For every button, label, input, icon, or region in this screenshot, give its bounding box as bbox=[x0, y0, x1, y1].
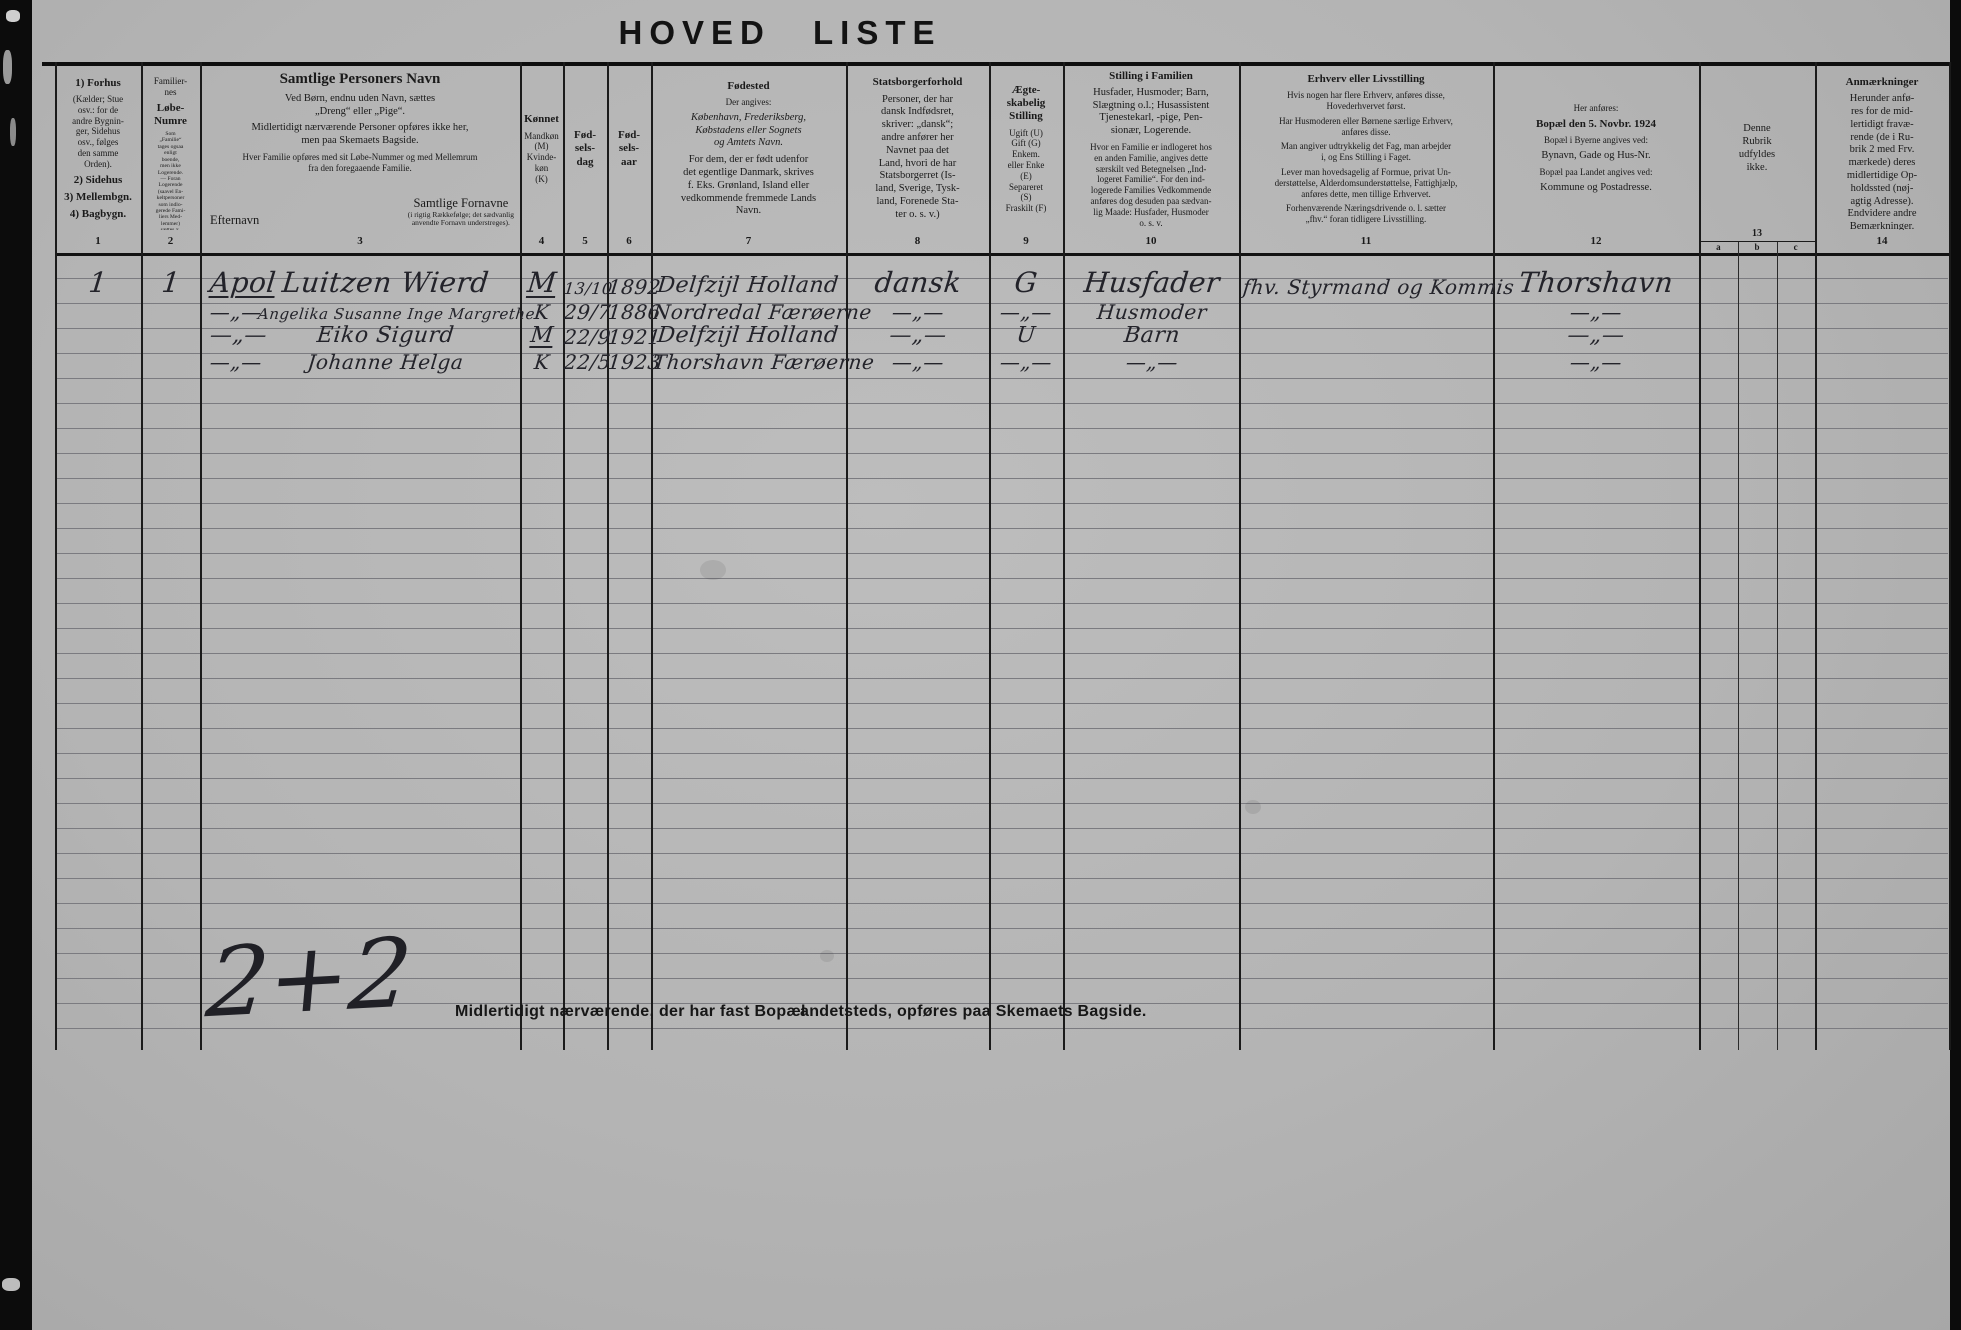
header-text: Husfader, Husmoder; Barn, Slægtning o.l.… bbox=[1093, 87, 1210, 138]
handwritten-kon: M bbox=[520, 325, 564, 347]
row-rule bbox=[56, 503, 1948, 504]
scan-edge-left bbox=[0, 0, 32, 1330]
fornavne-note: (i rigtig Rækkefølge; det sædvanlig anve… bbox=[408, 211, 514, 228]
handwritten-aegt: U bbox=[990, 325, 1062, 347]
column-number-1: 1 bbox=[55, 231, 141, 251]
handwritten-fodested: Thorshavn Færøerne bbox=[652, 352, 844, 372]
handwritten-stats: dansk bbox=[847, 269, 990, 297]
handwritten-stilling: Barn bbox=[1065, 325, 1239, 347]
header-text: København, Frederiksberg, Købstadens ell… bbox=[691, 112, 806, 150]
header-text: Stilling i Familien bbox=[1109, 70, 1193, 83]
header-text: Kønnet bbox=[524, 113, 559, 126]
handwritten-stilling: Husmoder bbox=[1065, 302, 1239, 322]
header-text: Bopæl den 5. Novbr. 1924 bbox=[1536, 118, 1656, 131]
column-number-11: 11 bbox=[1239, 231, 1493, 251]
handwritten-kon: M bbox=[520, 269, 565, 297]
header-text: Ægte- skabelig Stilling bbox=[1007, 84, 1046, 124]
header-text: Forhenværende Næringsdrivende o. l. sætt… bbox=[1286, 203, 1446, 225]
handwritten-stats: —„— bbox=[847, 302, 989, 322]
header-text: Hver Familie opføres med sit Løbe-Nummer… bbox=[243, 152, 478, 174]
column-number-14: 14 bbox=[1815, 231, 1949, 251]
handwritten-dag: 29/7 bbox=[563, 302, 608, 322]
handwritten-stilling: Husfader bbox=[1065, 269, 1240, 297]
handwritten-bopael: —„— bbox=[1495, 325, 1697, 347]
handwritten-bopael: —„— bbox=[1495, 302, 1697, 322]
handwritten-aar: 1886 bbox=[607, 302, 652, 322]
column-header-statsborgerforhold: StatsborgerforholdPersoner, der har dans… bbox=[846, 68, 989, 230]
header-text: Fød- sels- aar bbox=[618, 129, 640, 169]
header-text: Mandkøn (M) Kvinde- køn (K) bbox=[524, 131, 559, 185]
subcolumn-label-a: a bbox=[1699, 242, 1738, 253]
header-text: Herunder anfø- res for de mid- lertidigt… bbox=[1847, 93, 1917, 230]
header-text: (Kælder; Stue osv.: for de andre Bygnin-… bbox=[72, 94, 124, 170]
column-number-4: 4 bbox=[520, 231, 563, 251]
column-header-bopael: Her anføres:Bopæl den 5. Novbr. 1924Bopæ… bbox=[1493, 68, 1699, 230]
header-text: For dem, der er født udenfor det egentli… bbox=[681, 154, 816, 218]
row-rule bbox=[56, 903, 1948, 904]
row-rule bbox=[56, 628, 1948, 629]
column-number-5: 5 bbox=[563, 231, 607, 251]
handwritten-fodested: Nordredal Færøerne bbox=[652, 302, 844, 322]
column-number-2: 2 bbox=[141, 231, 200, 251]
efternavn-label: Efternavn bbox=[210, 213, 259, 228]
row-rule bbox=[56, 453, 1948, 454]
row-rule bbox=[56, 878, 1948, 879]
header-text: Bynavn, Gade og Hus-Nr. bbox=[1541, 150, 1650, 163]
row-rule bbox=[56, 753, 1948, 754]
header-text: 1) Forhus bbox=[75, 77, 121, 90]
header-text: Hvor en Familie er indlogeret hos en and… bbox=[1090, 142, 1212, 228]
header-text: 3) Mellembgn. bbox=[64, 191, 132, 204]
row-rule bbox=[56, 378, 1948, 379]
column-number-13: 13 bbox=[1699, 227, 1815, 240]
header-text: Denne Rubrik udfyldes ikke. bbox=[1739, 123, 1775, 174]
column-number-12: 12 bbox=[1493, 231, 1699, 251]
grid-line bbox=[1777, 241, 1778, 1050]
grid-line bbox=[55, 253, 1949, 256]
handwritten-kon: K bbox=[520, 302, 564, 322]
handwritten-fodested: Delfzijl Holland bbox=[652, 275, 844, 297]
handwritten-dag: 13/10 bbox=[563, 281, 608, 297]
header-text: Har Husmoderen eller Børnene særlige Erh… bbox=[1279, 116, 1453, 138]
handwritten-forhus: 1 bbox=[57, 269, 140, 297]
fornavne-label: Samtlige Fornavne(i rigtig Rækkefølge; d… bbox=[408, 196, 514, 228]
header-text: Erhverv eller Livsstilling bbox=[1307, 73, 1424, 86]
header-text: Man angiver udtrykkelig det Fag, man arb… bbox=[1281, 141, 1451, 163]
header-text: 2) Sidehus bbox=[74, 174, 123, 187]
column-number-9: 9 bbox=[989, 231, 1063, 251]
column-header-navn: Samtlige Personers NavnVed Børn, endnu u… bbox=[200, 68, 520, 230]
row-rule bbox=[56, 678, 1948, 679]
column-number-3: 3 bbox=[200, 231, 520, 251]
header-text: Samtlige Personers Navn bbox=[280, 70, 441, 89]
handwritten-erhverv: fhv. Styrmand og Kommis bbox=[1242, 277, 1492, 297]
census-form-scan: HOVED LISTE 1) Forhus(Kælder; Stue osv.:… bbox=[0, 0, 1961, 1330]
column-header-lobenumre: Familier- nesLøbe- NumreSom „Familie“ ta… bbox=[141, 68, 200, 230]
handwritten-fornavne: Johanne Helga bbox=[257, 352, 514, 372]
handwritten-stilling: —„— bbox=[1065, 352, 1239, 372]
header-text: Lever man hovedsagelig af Formue, privat… bbox=[1275, 167, 1458, 199]
header-text: Familier- nes bbox=[154, 76, 187, 98]
column-header-rubrik13: Denne Rubrik udfyldes ikke. bbox=[1699, 68, 1815, 230]
grid-line bbox=[1949, 62, 1951, 1050]
header-text: Her anføres: bbox=[1574, 103, 1619, 114]
handwritten-aar: 1921 bbox=[607, 327, 652, 347]
header-text: Løbe- Numre bbox=[154, 102, 187, 128]
handwritten-lobenr: 1 bbox=[143, 269, 200, 297]
handwritten-aegt: —„— bbox=[990, 352, 1062, 372]
handwritten-stats: —„— bbox=[847, 325, 989, 347]
handwritten-fodested: Delfzijl Holland bbox=[652, 325, 844, 347]
header-text: Som „Familie“ tages ogsaa enligt boende,… bbox=[155, 131, 186, 230]
handwritten-aegt: —„— bbox=[990, 302, 1062, 322]
handwritten-kon: K bbox=[520, 352, 564, 372]
row-rule bbox=[56, 703, 1948, 704]
row-rule bbox=[56, 478, 1948, 479]
header-text: Ved Børn, endnu uden Navn, sættes „Dreng… bbox=[285, 93, 435, 119]
header-text: 4) Bagbygn. bbox=[70, 208, 126, 221]
header-text: Bopæl paa Landet angives ved: bbox=[1540, 167, 1653, 178]
handwritten-aar: 1892 bbox=[607, 277, 652, 297]
header-text: Ugift (U) Gift (G) Enkem. eller Enke (E)… bbox=[1006, 128, 1047, 214]
column-header-anmaerkninger: AnmærkningerHerunder anfø- res for de mi… bbox=[1815, 68, 1949, 230]
header-text: Personer, der har dansk Indfødsret, skri… bbox=[875, 94, 959, 222]
column-number-7: 7 bbox=[651, 231, 846, 251]
column-number-6: 6 bbox=[607, 231, 651, 251]
handwritten-fornavne: Luitzen Wierd bbox=[257, 269, 515, 297]
handwritten-bopael: —„— bbox=[1495, 352, 1697, 372]
grid-line bbox=[1738, 241, 1739, 1050]
header-text: Fød- sels- dag bbox=[574, 129, 596, 169]
header-text: Bopæl i Byerne angives ved: bbox=[1544, 135, 1648, 146]
fornavne-label-text: Samtlige Fornavne bbox=[408, 196, 514, 211]
row-rule bbox=[56, 553, 1948, 554]
grid-line bbox=[42, 62, 1952, 66]
column-header-aegteskabelig: Ægte- skabelig StillingUgift (U) Gift (G… bbox=[989, 68, 1063, 230]
handwritten-fornavne: Eiko Sigurd bbox=[257, 325, 514, 347]
header-text: Der angives: bbox=[726, 97, 772, 108]
column-header-fodselsdag: Fød- sels- dag bbox=[563, 68, 607, 230]
row-rule bbox=[56, 528, 1948, 529]
scan-edge-right bbox=[1950, 0, 1961, 1330]
handwritten-bopael: Thorshavn bbox=[1495, 269, 1698, 297]
column-header-erhverv: Erhverv eller LivsstillingHvis nogen har… bbox=[1239, 68, 1493, 230]
handwritten-stats: —„— bbox=[847, 352, 989, 372]
tally-annotation: 2+2 bbox=[202, 917, 416, 1039]
row-rule bbox=[56, 828, 1948, 829]
row-rule bbox=[56, 778, 1948, 779]
footer-instruction-left: Midlertidigt nærværende, der har fast Bo… bbox=[455, 1003, 806, 1021]
row-rule bbox=[56, 803, 1948, 804]
row-rule bbox=[56, 728, 1948, 729]
column-header-fodselsaar: Fød- sels- aar bbox=[607, 68, 651, 230]
page-title: HOVED LISTE bbox=[0, 14, 1560, 52]
handwritten-aegt: G bbox=[990, 269, 1063, 297]
row-rule bbox=[56, 653, 1948, 654]
column-header-stilling-i-familien: Stilling i FamilienHusfader, Husmoder; B… bbox=[1063, 68, 1239, 230]
row-rule bbox=[56, 578, 1948, 579]
column-number-8: 8 bbox=[846, 231, 989, 251]
header-text: Kommune og Postadresse. bbox=[1540, 182, 1652, 195]
row-rule bbox=[56, 403, 1948, 404]
handwritten-fornavne: Angelika Susanne Inge Margrethe bbox=[257, 307, 514, 322]
footer-instruction-right: andetsteds, opføres paa Skemaets Bagside… bbox=[800, 1003, 1147, 1021]
column-header-konnet: KønnetMandkøn (M) Kvinde- køn (K) bbox=[520, 68, 563, 230]
header-text: Fødested bbox=[727, 80, 769, 93]
row-rule bbox=[56, 853, 1948, 854]
handwritten-aar: 1923 bbox=[607, 352, 652, 372]
header-text: Hvis nogen har flere Erhverv, anføres di… bbox=[1287, 90, 1445, 112]
header-text: Anmærkninger bbox=[1846, 76, 1919, 89]
handwritten-dag: 22/5 bbox=[563, 352, 608, 372]
subcolumn-label-b: b bbox=[1738, 242, 1777, 253]
header-text: Midlertidigt nærværende Personer opføres… bbox=[251, 122, 468, 148]
row-rule bbox=[56, 428, 1948, 429]
name-subheader: EfternavnSamtlige Fornavne(i rigtig Rækk… bbox=[200, 196, 520, 230]
column-number-10: 10 bbox=[1063, 231, 1239, 251]
handwritten-dag: 22/9 bbox=[563, 327, 608, 347]
column-header-fodested: FødestedDer angives:København, Frederiks… bbox=[651, 68, 846, 230]
header-text: Statsborgerforhold bbox=[873, 76, 963, 89]
subcolumn-label-c: c bbox=[1776, 242, 1815, 253]
row-rule bbox=[56, 603, 1948, 604]
column-header-forhus: 1) Forhus(Kælder; Stue osv.: for de andr… bbox=[55, 68, 141, 230]
